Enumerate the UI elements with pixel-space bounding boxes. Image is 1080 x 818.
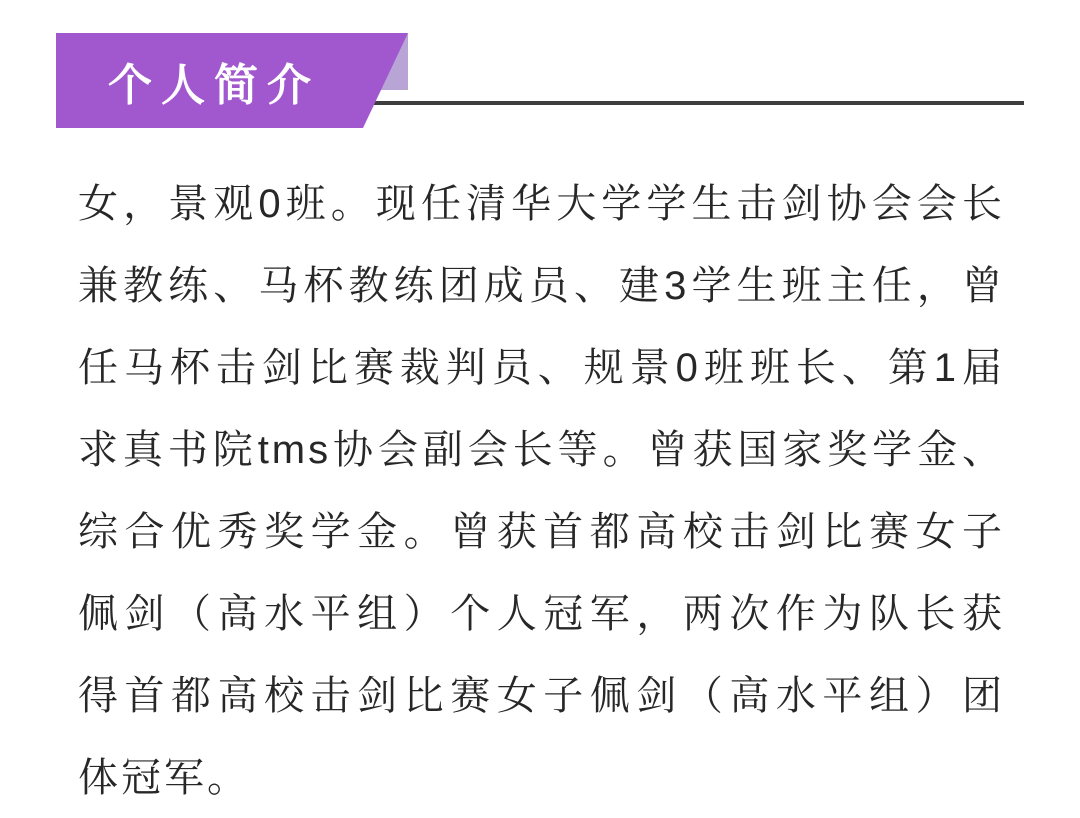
profile-text-line: 佩剑（高水平组）个人冠军，两次作为队长获 [78, 573, 1005, 655]
article-page: 个人简介 女，景观0班。现任清华大学学生击剑协会会长 兼教练、马杯教练团成员、建… [0, 0, 1080, 818]
divider-line [365, 101, 1024, 105]
section-banner: 个人简介 [56, 33, 416, 128]
profile-text-line: 女，景观0班。现任清华大学学生击剑协会会长 [78, 163, 1005, 245]
profile-text-line: 兼教练、马杯教练团成员、建3学生班主任，曾 [78, 245, 1005, 327]
profile-text-line: 求真书院tms协会副会长等。曾获国家奖学金、 [78, 409, 1005, 491]
profile-text-line: 体冠军。 [78, 737, 1005, 818]
profile-text-line: 综合优秀奖学金。曾获首都高校击剑比赛女子 [78, 491, 1005, 573]
profile-text-line: 任马杯击剑比赛裁判员、规景0班班长、第1届 [78, 327, 1005, 409]
profile-text-line: 得首都高校击剑比赛女子佩剑（高水平组）团 [78, 655, 1005, 737]
profile-text: 女，景观0班。现任清华大学学生击剑协会会长 兼教练、马杯教练团成员、建3学生班主… [78, 163, 1005, 818]
section-title: 个人简介 [56, 33, 363, 128]
